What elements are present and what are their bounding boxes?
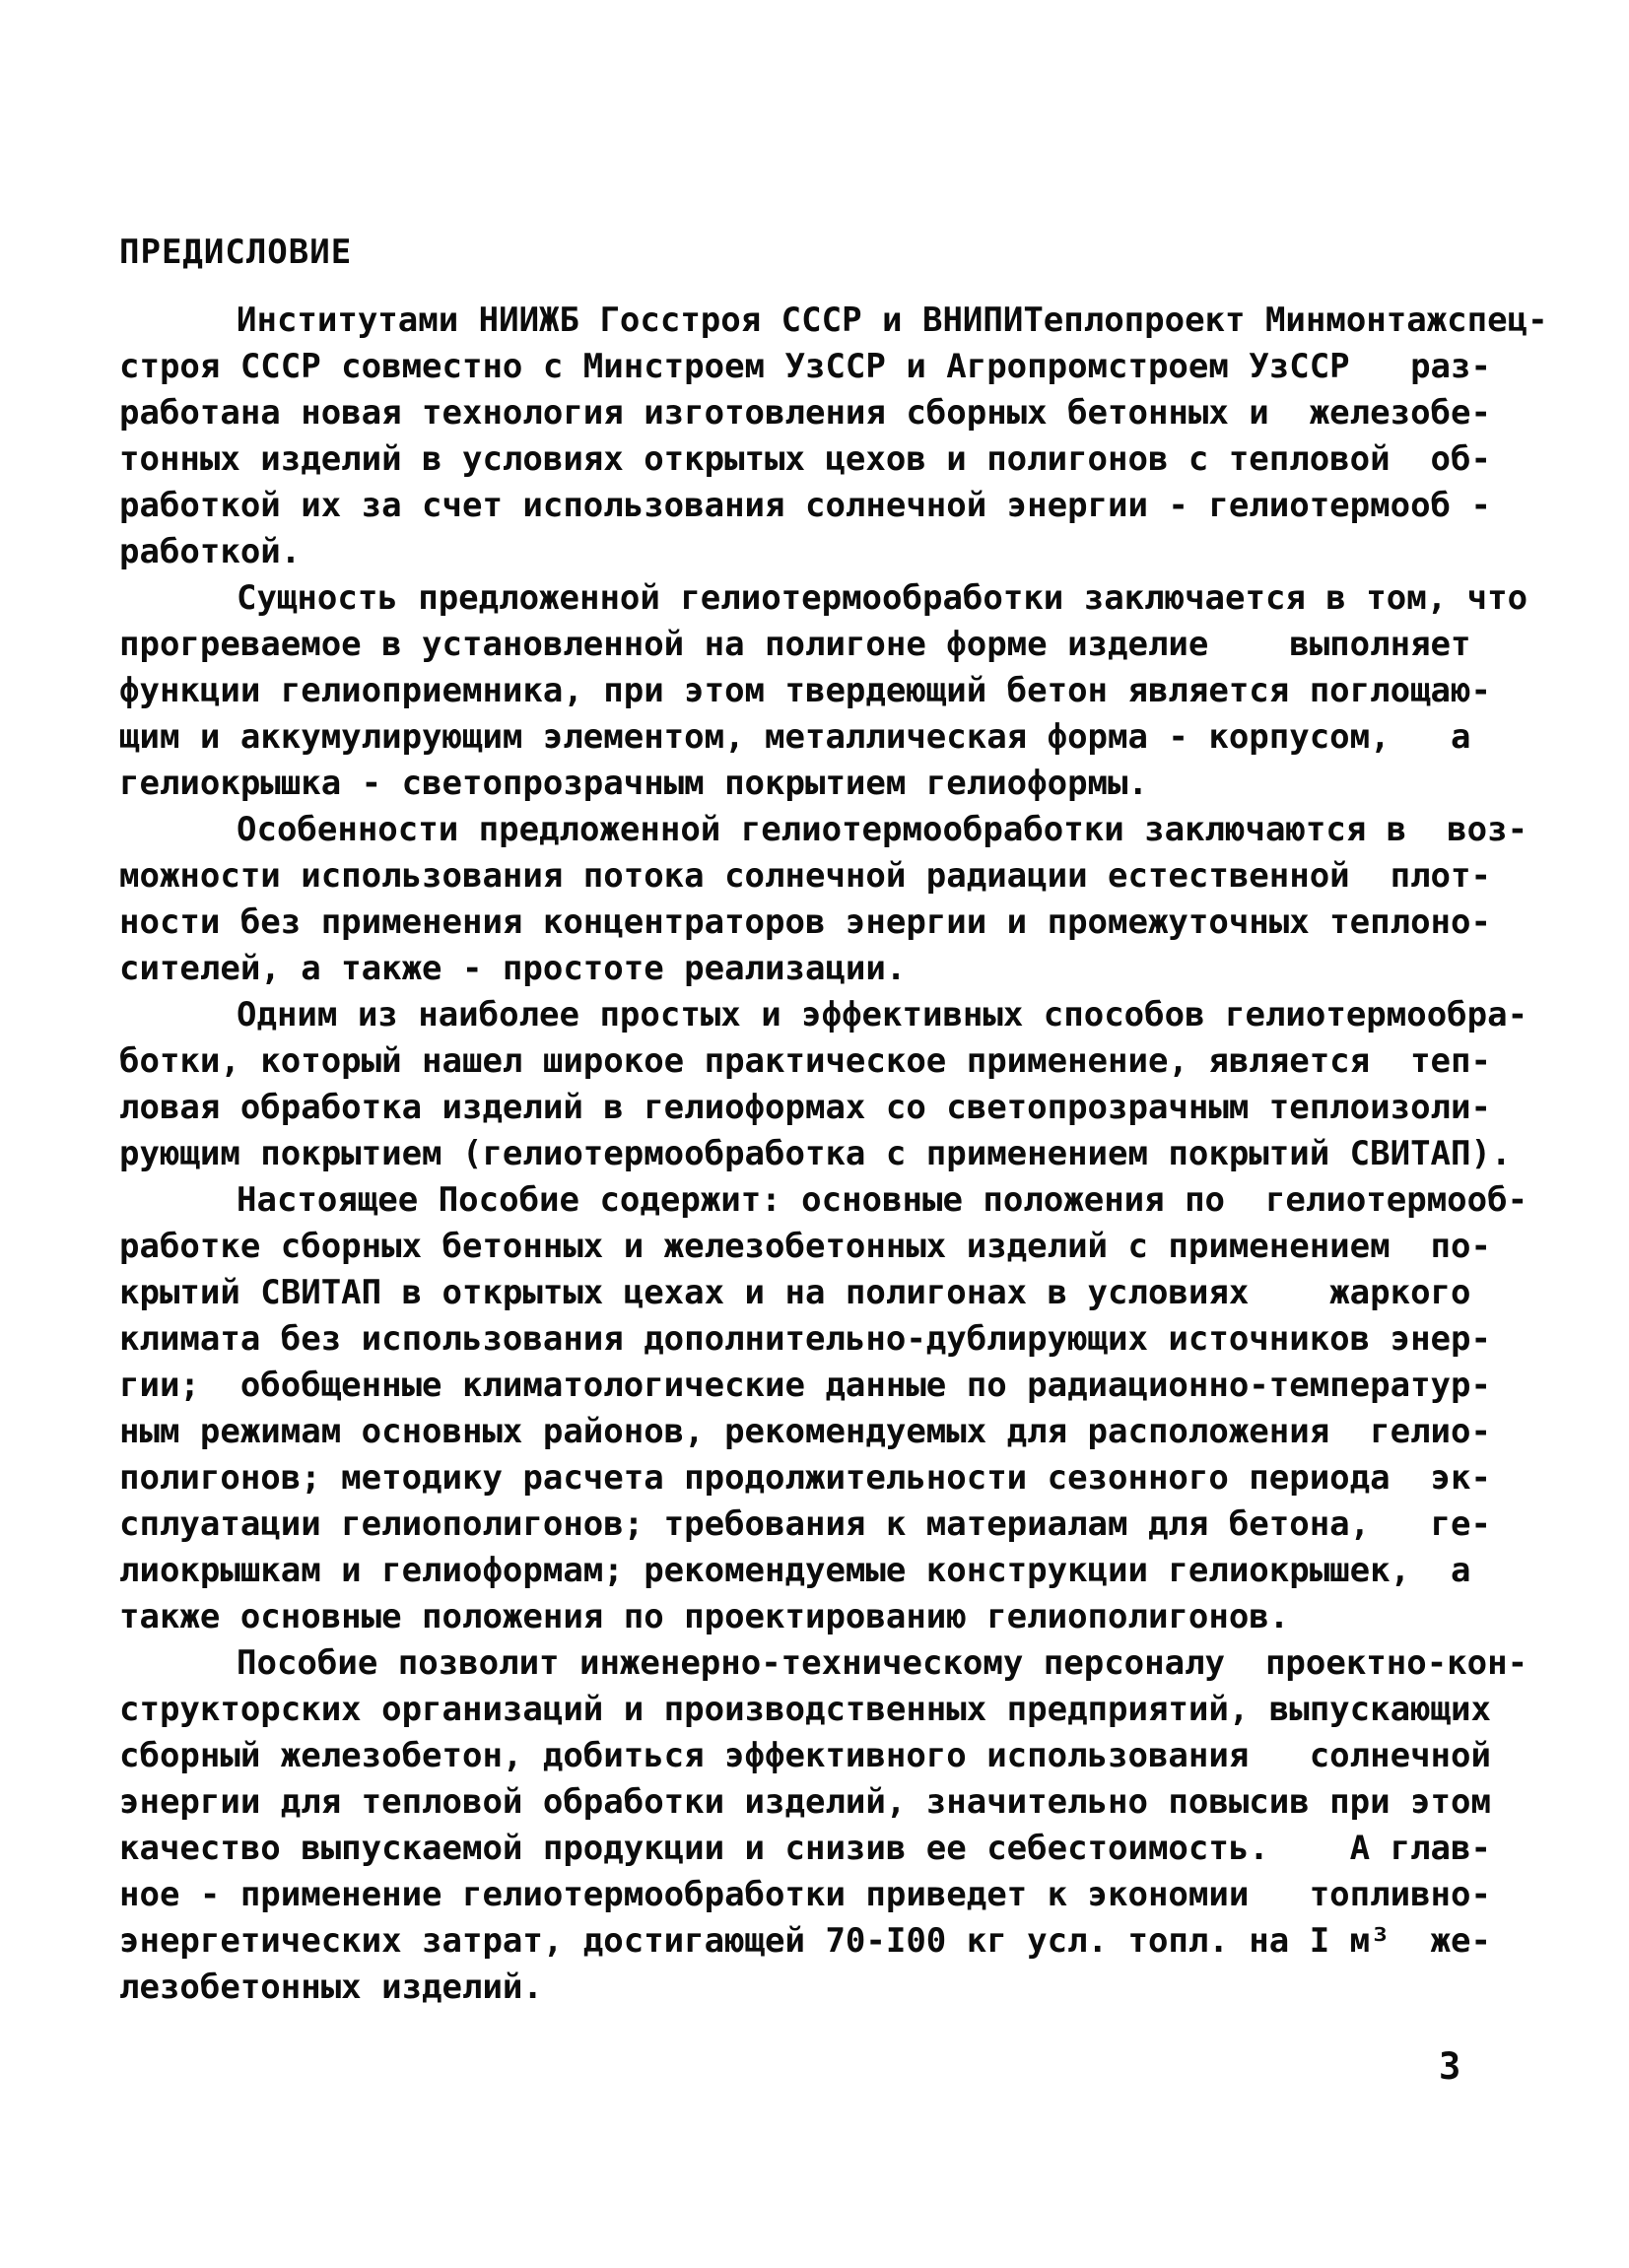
paragraph: Пособие позволит инженерно-техническому … <box>119 1640 1578 2011</box>
document-page: ПРЕДИСЛОВИЕ Институтами НИИЖБ Госстроя С… <box>0 0 1629 2268</box>
page-title: ПРЕДИСЛОВИЕ <box>119 230 1578 276</box>
page-number: 3 <box>1439 2047 1460 2087</box>
paragraph: Особенности предложенной гелиотермообраб… <box>119 807 1578 992</box>
paragraph: Настоящее Пособие содержит: основные пол… <box>119 1177 1578 1640</box>
preface-content: ПРЕДИСЛОВИЕ Институтами НИИЖБ Госстроя С… <box>119 230 1578 2011</box>
paragraph: Институтами НИИЖБ Госстроя СССР и ВНИПИТ… <box>119 298 1578 575</box>
paragraph: Сущность предложенной гелиотермообработк… <box>119 575 1578 807</box>
paragraph: Одним из наиболее простых и эффективных … <box>119 992 1578 1177</box>
